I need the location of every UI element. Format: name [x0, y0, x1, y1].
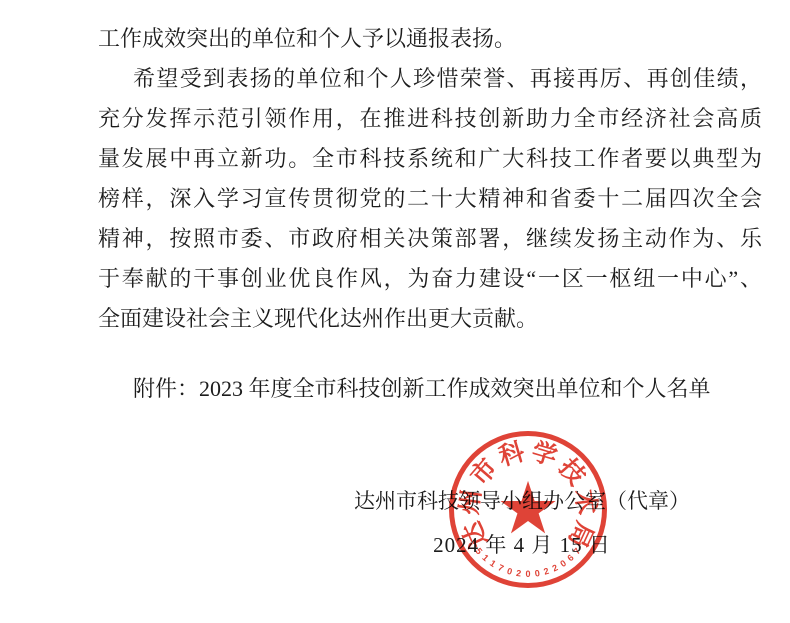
body-text: 工作成效突出的单位和个人予以通报表扬。 希望受到表扬的单位和个人珍惜荣誉、再接再… [98, 19, 762, 409]
body-line: 精神，按照市委、市政府相关决策部署，继续发扬主动作为、乐 [98, 219, 762, 259]
body-line: 希望受到表扬的单位和个人珍惜荣誉、再接再厉、再创佳绩， [98, 59, 762, 99]
body-line: 全面建设社会主义现代化达州作出更大贡献。 [98, 299, 762, 339]
seal-code-digit: 0 [502, 563, 517, 578]
seal-arc-char: 学 [528, 439, 560, 471]
body-line: 榜样，深入学习宣传贯彻党的二十大精神和省委十二届四次全会 [98, 179, 762, 219]
body-line: 工作成效突出的单位和个人予以通报表扬。 [98, 19, 762, 59]
body-line: 量发展中再立新功。全市科技系统和广大科技工作者要以典型为 [98, 139, 762, 179]
signature-block: 达州市科技领导小组办公室（代章） 2024 年 4 月 15 日 [353, 481, 691, 565]
seal-code-digit: 2 [512, 566, 526, 580]
seal-code-digit: 2 [539, 563, 554, 578]
seal-code-digit: 0 [530, 566, 544, 580]
date-line: 2024 年 4 月 15 日 [353, 525, 691, 565]
body-line: 于奉献的干事创业优良作风，为奋力建设“一区一枢纽一中心”、 [98, 259, 762, 299]
document-page: 工作成效突出的单位和个人予以通报表扬。 希望受到表扬的单位和个人珍惜荣誉、再接再… [0, 0, 790, 623]
issuer-line: 达州市科技领导小组办公室（代章） [353, 481, 691, 521]
body-line: 充分发挥示范引领作用，在推进科技创新助力全市经济社会高质 [98, 99, 762, 139]
attachment-line: 附件：2023 年度全市科技创新工作成效突出单位和个人名单 [98, 369, 762, 409]
seal-arc-char: 科 [496, 439, 528, 471]
seal-code-digit: 0 [522, 568, 534, 580]
